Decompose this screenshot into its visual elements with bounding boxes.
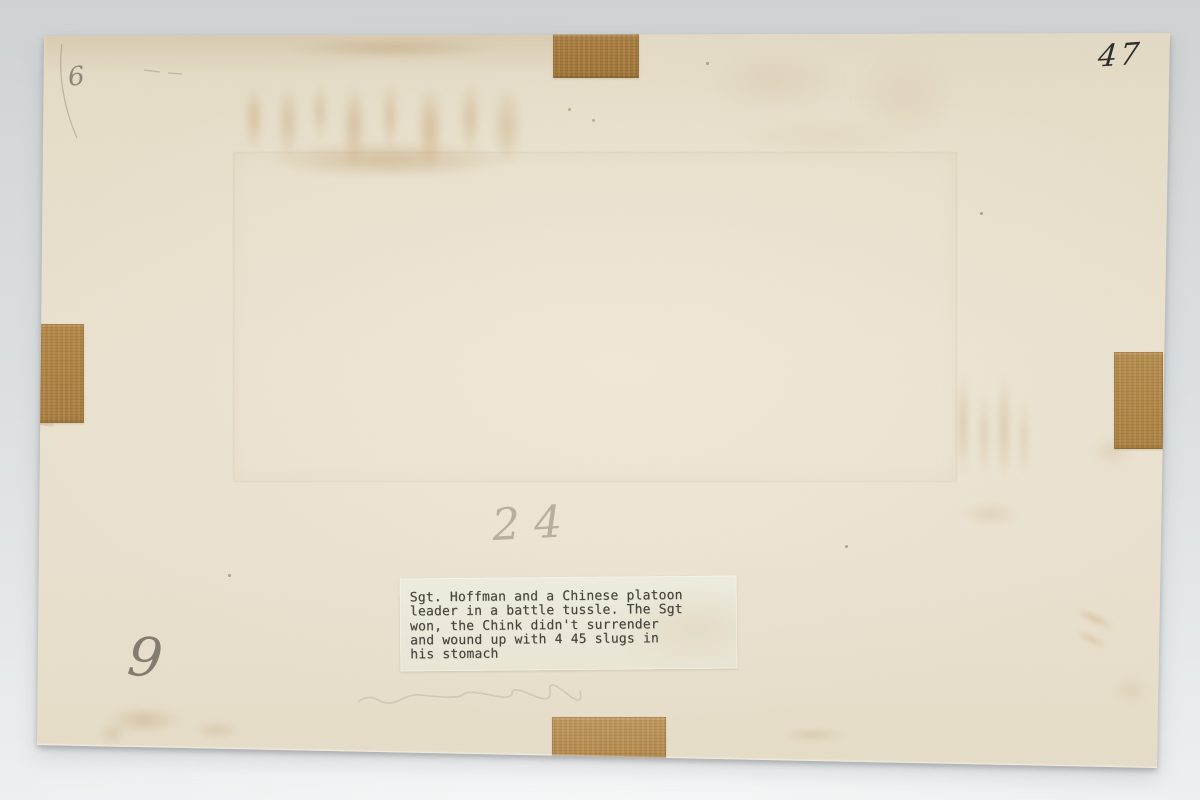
bottom-center-stain	[768, 726, 863, 744]
bottom-left-stain	[82, 672, 297, 748]
pencil-number-center: 24	[491, 496, 578, 551]
bottom-right-smudge	[1106, 670, 1156, 712]
tape-right	[1114, 352, 1163, 449]
photo-backdrop: 47 6 24 9 Sgt. Hoffman and a Chinese pla…	[0, 0, 1200, 800]
speck	[706, 62, 709, 65]
speck	[845, 545, 848, 548]
caption-line: his stomach	[410, 646, 737, 663]
right-streak-stain	[938, 332, 1056, 542]
speck	[228, 574, 231, 577]
photo-card-back: 47 6 24 9 Sgt. Hoffman and a Chinese pla…	[0, 0, 1200, 800]
ink-page-number: 47	[1097, 36, 1144, 74]
typed-caption-label: Sgt. Hoffman and a Chinese platoon leade…	[400, 576, 738, 672]
speck	[568, 108, 571, 111]
tape-left	[38, 324, 84, 423]
top-right-stain	[655, 36, 1005, 161]
pencil-number-top-left: 6	[66, 61, 86, 93]
print-impression-outline	[233, 152, 957, 482]
tape-top	[553, 34, 639, 78]
photo-card-wrap: 47 6 24 9 Sgt. Hoffman and a Chinese pla…	[0, 0, 1200, 800]
bottom-right-diagonal-stain	[1035, 582, 1145, 683]
pencil-number-bottom-left: 9	[125, 624, 166, 690]
speck	[592, 119, 595, 122]
speck	[980, 212, 983, 215]
tape-bottom	[552, 717, 666, 758]
